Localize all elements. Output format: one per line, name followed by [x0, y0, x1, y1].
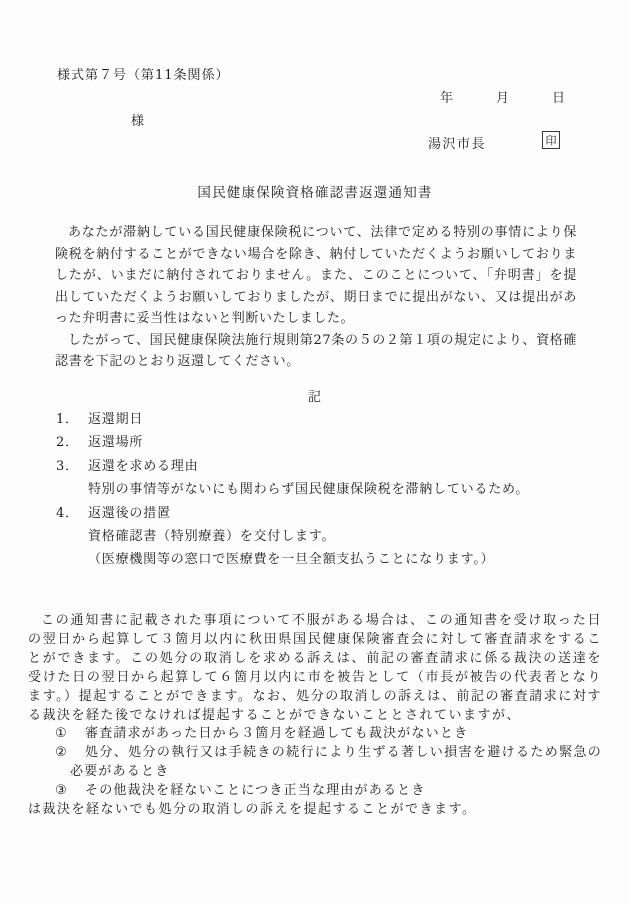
document-page: 様式第７号（第11条関係） 年 月 日 様 湯沢市長 印 国民健康保険資格確認書…	[0, 0, 630, 903]
addressee-honorific: 様	[131, 110, 145, 129]
list-item-3-detail: 特別の事情等がないにも関わらず国民健康保険税を滞納しているため。	[56, 478, 576, 501]
appeal-condition-3-number: ③	[55, 782, 68, 801]
list-item-1-label: 返還期日	[88, 408, 576, 431]
sender-name: 湯沢市長	[428, 133, 486, 152]
appeal-condition-2-text: 処分、処分の執行又は手続きの続行により生ずる著しい損害を避けるため緊急の必要があ…	[70, 745, 602, 779]
list-item-4-label: 返還後の措置	[88, 502, 576, 525]
appeal-lead-paragraph: この通知書に記載された事項について不服がある場合は、この通知書を受け取った日の翌…	[28, 612, 602, 725]
list-item-3-label: 返還を求める理由	[88, 455, 576, 478]
date-line: 年 月 日	[440, 87, 566, 106]
list-item-2-number: 2．	[56, 431, 88, 454]
appeal-condition-3: ③ その他裁決を経ないことにつき正当な理由があるとき	[28, 782, 602, 801]
list-item-2: 2． 返還場所	[56, 431, 576, 454]
list-item-4: 4． 返還後の措置	[56, 502, 576, 525]
appeal-condition-2-number: ②	[55, 744, 68, 763]
list-item-2-label: 返還場所	[88, 431, 576, 454]
form-number-label: 様式第７号（第11条関係）	[57, 64, 230, 83]
appeal-condition-1-text: 審査請求があった日から３箇月を経過しても裁決がないとき	[85, 726, 468, 741]
list-item-3-number: 3．	[56, 455, 88, 478]
appeal-condition-1: ① 審査請求があった日から３箇月を経過しても裁決がないとき	[28, 725, 602, 744]
body-paragraph-1: あなたが滞納している国民健康保険税について、法律で定める特別の事情により保険税を…	[55, 222, 577, 330]
body-paragraph-2: したがって、国民健康保険法施行規則第27条の５の２第１項の規定により、資格確認書…	[55, 330, 577, 373]
list-item-4-note: （医療機関等の窓口で医療費を一旦全額支払うことになります。）	[56, 548, 576, 571]
list-item-4-number: 4．	[56, 502, 88, 525]
list-item-1: 1． 返還期日	[56, 408, 576, 431]
document-title: 国民健康保険資格確認書返還通知書	[0, 181, 630, 201]
ki-heading: 記	[0, 386, 630, 405]
list-item-3: 3． 返還を求める理由	[56, 455, 576, 478]
list-item-1-number: 1．	[56, 408, 88, 431]
appeal-condition-3-text: その他裁決を経ないことにつき正当な理由があるとき	[85, 783, 426, 798]
appeal-closing-line: は裁決を経ないでも処分の取消しの訴えを提起することができます。	[28, 801, 602, 820]
seal-stamp: 印	[542, 131, 560, 149]
appeal-condition-1-number: ①	[55, 725, 68, 744]
appeal-section: この通知書に記載された事項について不服がある場合は、この通知書を受け取った日の翌…	[28, 612, 602, 820]
appeal-condition-2: ② 処分、処分の執行又は手続きの続行により生ずる著しい損害を避けるため緊急の必要…	[28, 744, 602, 782]
ki-list: 1． 返還期日 2． 返還場所 3． 返還を求める理由 特別の事情等がないにも関…	[56, 408, 576, 572]
list-item-4-detail: 資格確認書（特別療養）を交付します。	[56, 525, 576, 548]
body-text: あなたが滞納している国民健康保険税について、法律で定める特別の事情により保険税を…	[55, 222, 577, 373]
